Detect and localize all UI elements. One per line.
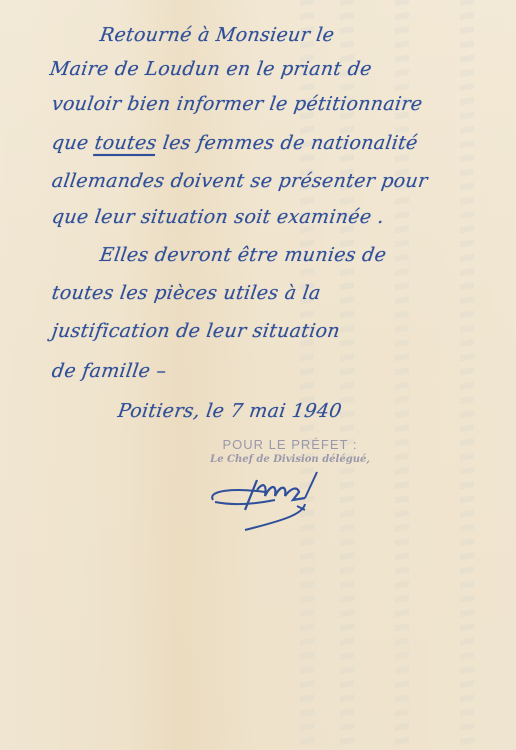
text-line-2: Maire de Loudun en le priant de bbox=[48, 58, 373, 80]
text-line-10: de famille – bbox=[50, 360, 168, 382]
text-line-8: toutes les pièces utiles à la bbox=[50, 282, 322, 304]
text-line-5: allemandes doivent se présenter pour bbox=[50, 170, 429, 192]
paper-bleed-through bbox=[460, 0, 474, 750]
dateline: Poitiers, le 7 mai 1940 bbox=[116, 400, 343, 422]
text-line-7: Elles devront être munies de bbox=[98, 244, 387, 266]
text-line-3: vouloir bien informer le pétitionnaire bbox=[50, 93, 423, 115]
underlined-word: toutes bbox=[93, 132, 158, 154]
text-line-9: justification de leur situation bbox=[50, 320, 341, 342]
signature bbox=[205, 470, 335, 540]
text-line-6: que leur situation soit examinée . bbox=[50, 206, 385, 228]
stamp-line-1: POUR LE PRÉFET : bbox=[190, 437, 390, 452]
text-line-4: que toutes les femmes de nationalité bbox=[50, 132, 419, 154]
official-stamp: POUR LE PRÉFET : Le Chef de Division dél… bbox=[190, 437, 390, 465]
stamp-line-2: Le Chef de Division délégué, bbox=[190, 454, 390, 465]
text-line-1: Retourné à Monsieur le bbox=[98, 24, 335, 46]
